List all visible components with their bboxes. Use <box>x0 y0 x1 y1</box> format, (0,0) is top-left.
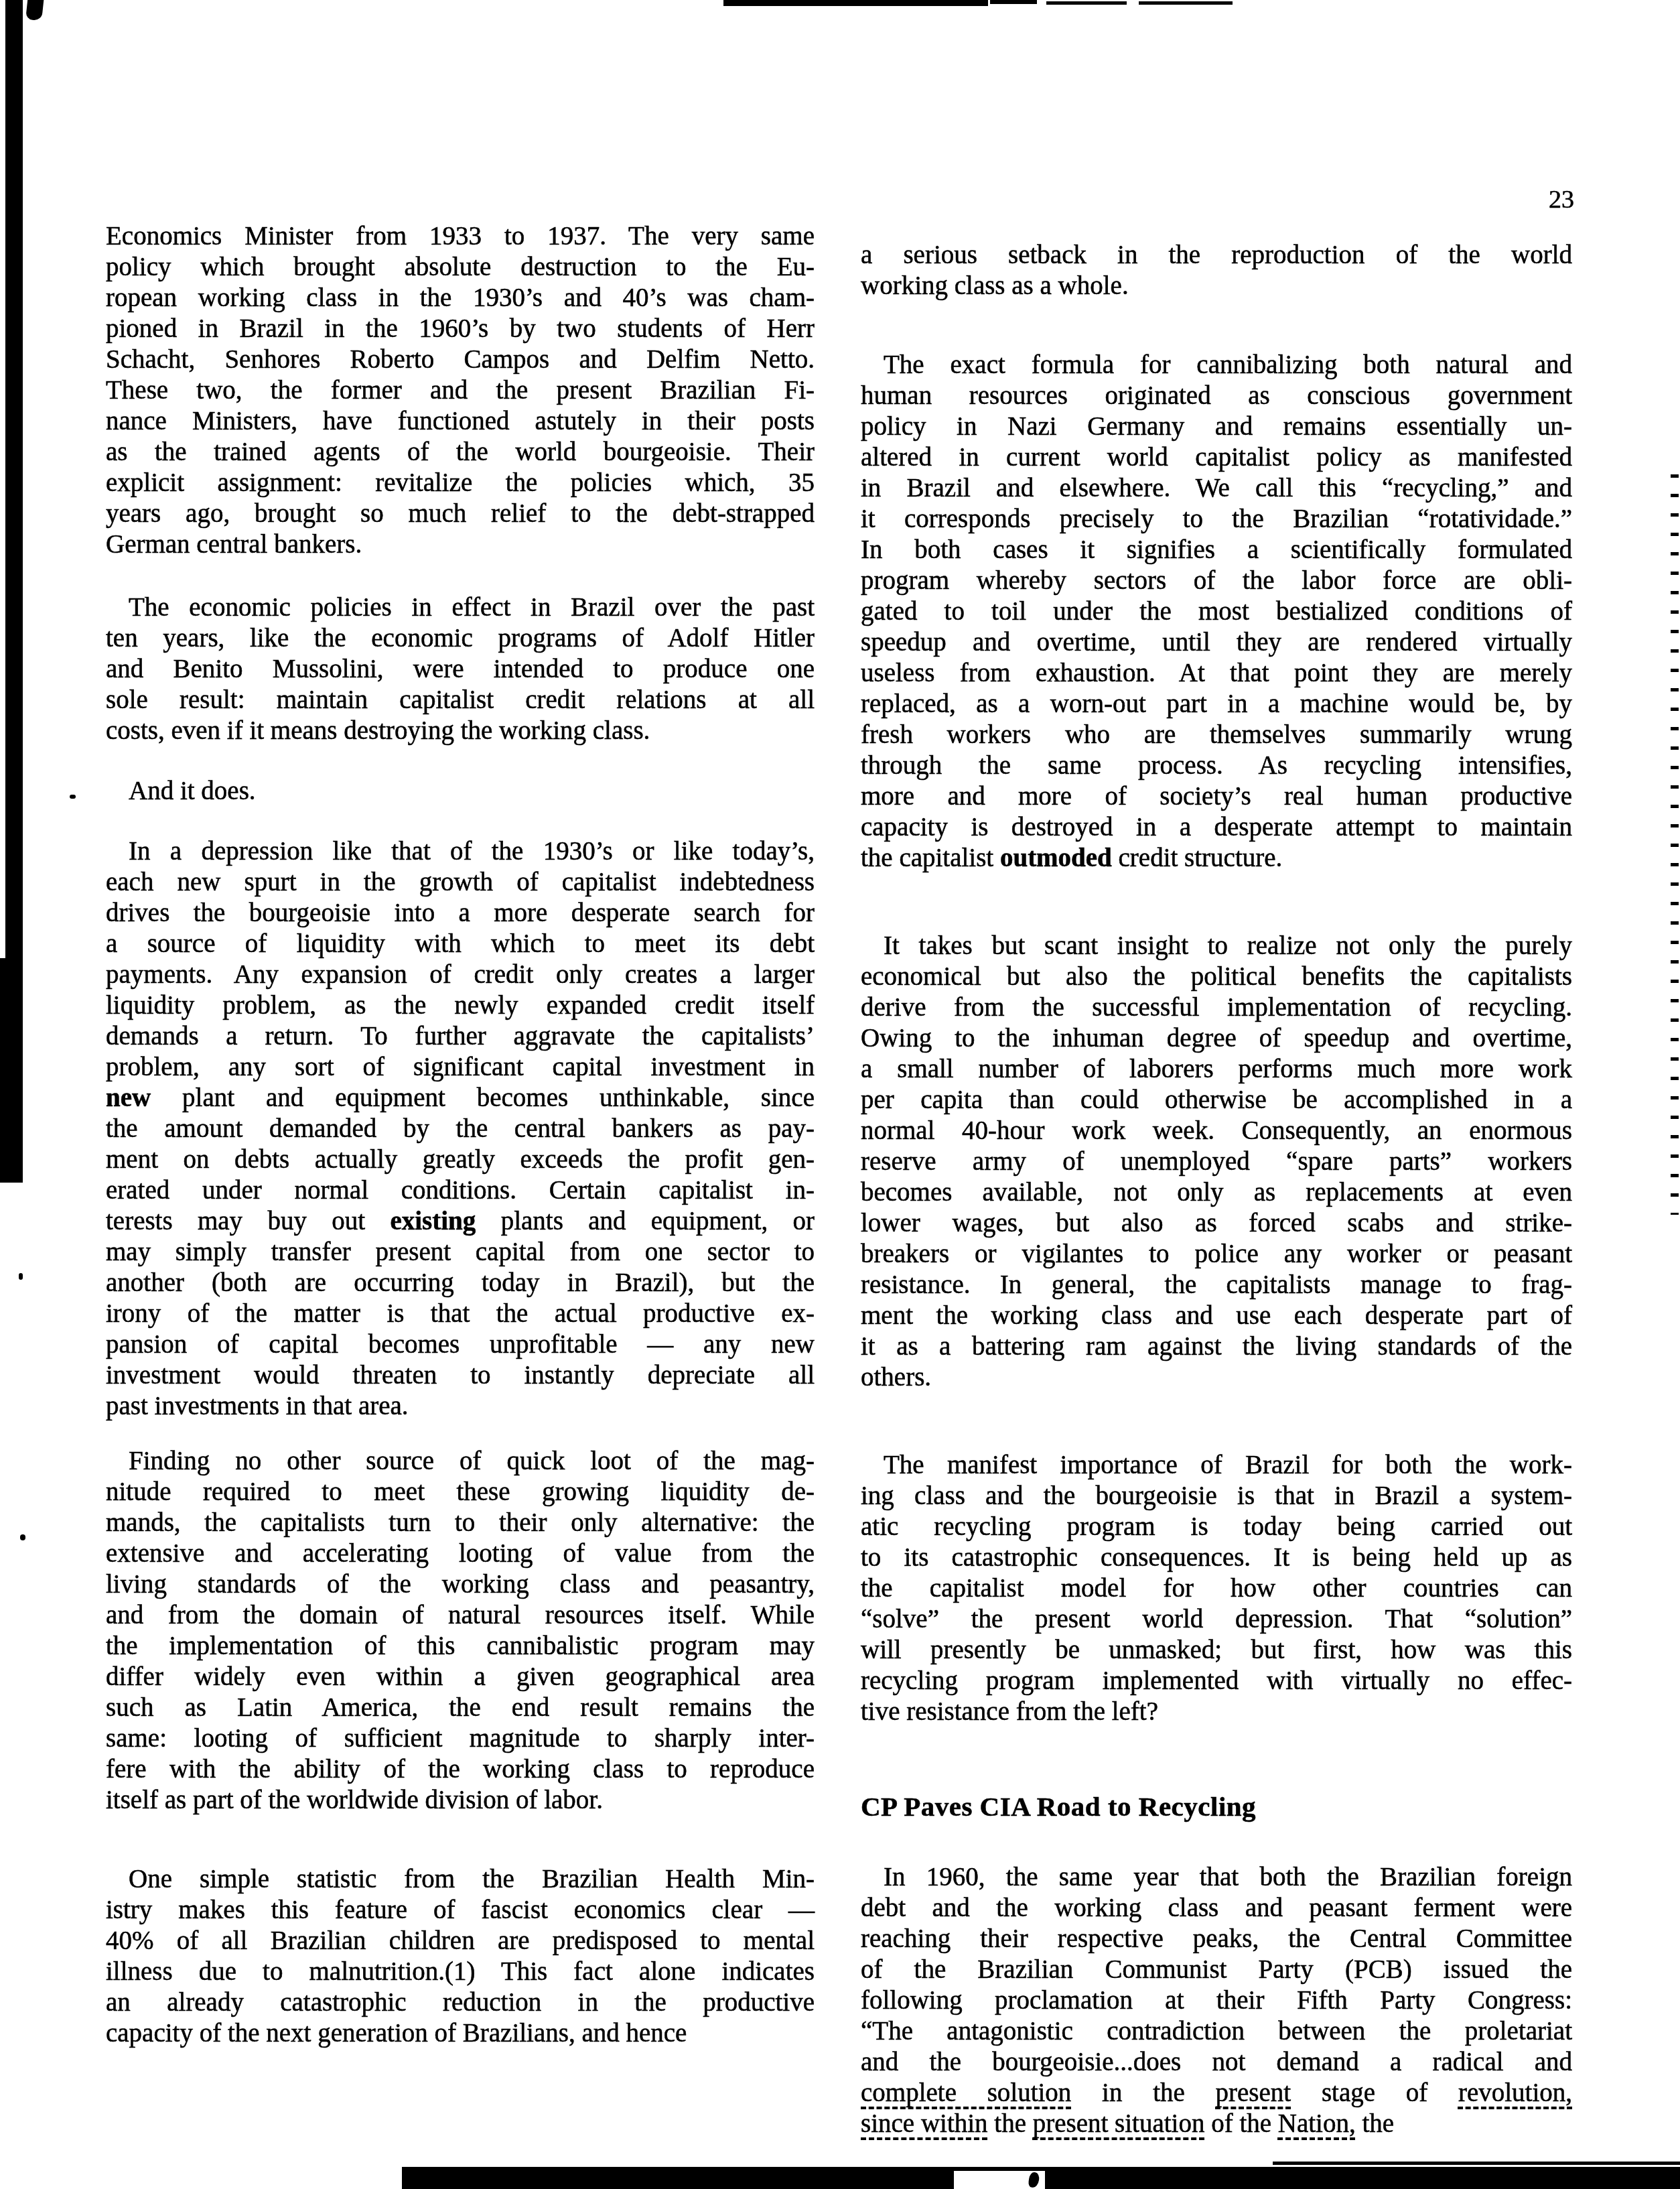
paragraph: The manifest importance of Brazil for bo… <box>861 1450 1572 1727</box>
text-line: following proclamation at their Fifth Pa… <box>861 1985 1572 2016</box>
paragraph: One simple statistic from the Brazilian … <box>106 1864 815 2049</box>
text-line: The exact formula for cannibalizing both… <box>861 350 1572 381</box>
text-line: past investments in that area. <box>106 1391 815 1422</box>
text-line: derive from the successful implementatio… <box>861 992 1572 1023</box>
text-line: a small number of laborers performs much… <box>861 1054 1572 1085</box>
text-segment: stage of <box>1291 2078 1458 2107</box>
text-line: capacity of the next generation of Brazi… <box>106 2018 815 2049</box>
text-line: new plant and equipment becomes unthinka… <box>106 1083 815 1114</box>
text-line: such as Latin America, the end result re… <box>106 1693 815 1723</box>
text-line: another (both are occurring today in Bra… <box>106 1268 815 1299</box>
text-line: The economic policies in effect in Brazi… <box>106 592 815 623</box>
text-line: itself as part of the worldwide division… <box>106 1785 815 1816</box>
text-line: extensive and accelerating looting of va… <box>106 1538 815 1569</box>
text-line: “The antagonistic contradiction between … <box>861 2016 1572 2047</box>
scan-artifact-top-line <box>723 0 988 6</box>
text-line: in Brazil and elsewhere. We call this “r… <box>861 473 1572 504</box>
text-line: recycling program implemented with virtu… <box>861 1666 1572 1697</box>
text-line: illness due to malnutrition.(1) This fac… <box>106 1956 815 1987</box>
text-line: normal 40-hour work week. Consequently, … <box>861 1116 1572 1146</box>
text-segment: plants and equipment, or <box>476 1207 815 1236</box>
text-line: through the same process. As recycling i… <box>861 750 1572 781</box>
text-line: same: looting of sufficient magnitude to… <box>106 1723 815 1754</box>
text-line: living standards of the working class an… <box>106 1569 815 1600</box>
text-segment: complete solution <box>861 2078 1071 2107</box>
text-line: The manifest importance of Brazil for bo… <box>861 1450 1572 1481</box>
text-line: Economics Minister from 1933 to 1937. Th… <box>106 221 815 252</box>
text-line: pioned in Brazil in the 1960’s by two st… <box>106 314 815 344</box>
text-line: fresh workers who are themselves summari… <box>861 720 1572 750</box>
text-line: since within the present situation of th… <box>861 2109 1572 2139</box>
text-segment: plant and equipment becomes unthinkable,… <box>151 1083 815 1112</box>
text-line: economical but also the political benefi… <box>861 961 1572 992</box>
text-line: will presently be unmasked; but first, h… <box>861 1635 1572 1666</box>
scan-artifact-corner-mark <box>25 0 44 21</box>
text-line: investment would threaten to instantly d… <box>106 1360 815 1391</box>
text-line: and from the domain of natural resources… <box>106 1600 815 1631</box>
text-line: working class as a whole. <box>861 271 1572 302</box>
right-column: a serious setback in the reproduction of… <box>861 240 1572 2139</box>
paragraph: And it does. <box>106 776 815 807</box>
text-segment: the <box>1356 2109 1394 2138</box>
text-line: “solve” the present world depression. Th… <box>861 1604 1572 1635</box>
paragraph: Economics Minister from 1933 to 1937. Th… <box>106 221 815 560</box>
text-line: may simply transfer present capital from… <box>106 1237 815 1268</box>
text-line: and Benito Mussolini, were intended to p… <box>106 654 815 685</box>
text-line: It takes but scant insight to realize no… <box>861 931 1572 961</box>
text-segment: present <box>1216 2078 1291 2107</box>
text-segment: in the <box>1071 2078 1215 2107</box>
text-line: costs, even if it means destroying the w… <box>106 716 815 746</box>
scan-artifact-speck <box>20 1534 25 1540</box>
text-segment: credit structure. <box>1112 844 1282 872</box>
text-line: ten years, like the economic programs of… <box>106 623 815 654</box>
text-line: per capita than could otherwise be accom… <box>861 1085 1572 1116</box>
text-line: an already catastrophic reduction in the… <box>106 1987 815 2018</box>
text-line: lower wages, but also as forced scabs an… <box>861 1208 1572 1239</box>
text-line: pansion of capital becomes unprofitable … <box>106 1329 815 1360</box>
text-line: debt and the working class and peasant f… <box>861 1893 1572 1924</box>
text-line: a serious setback in the reproduction of… <box>861 240 1572 271</box>
text-line: capacity is destroyed in a desperate att… <box>861 812 1572 843</box>
paragraph: It takes but scant insight to realize no… <box>861 931 1572 1393</box>
text-line: problem, any sort of significant capital… <box>106 1052 815 1083</box>
text-line: tive resistance from the left? <box>861 1697 1572 1727</box>
scan-artifact-top-line-segment <box>1046 1 1127 5</box>
text-line: reserve army of unemployed “spare parts”… <box>861 1146 1572 1177</box>
text-line: ing class and the bourgeoisie is that in… <box>861 1481 1572 1512</box>
paragraph: The economic policies in effect in Brazi… <box>106 592 815 746</box>
text-line: mands, the capitalists turn to their onl… <box>106 1508 815 1538</box>
text-line: 40% of all Brazilian children are predis… <box>106 1926 815 1956</box>
text-line: policy which brought absolute destructio… <box>106 252 815 283</box>
text-segment: existing <box>390 1207 476 1236</box>
text-line: each new spurt in the growth of capitali… <box>106 867 815 898</box>
page-number: 23 <box>1440 186 1574 213</box>
text-line: In 1960, the same year that both the Bra… <box>861 1862 1572 1893</box>
scan-artifact-speck <box>19 1273 23 1280</box>
text-line: gated to toil under the most bestialized… <box>861 596 1572 627</box>
text-line: payments. Any expansion of credit only c… <box>106 959 815 990</box>
text-line: breakers or vigilantes to police any wor… <box>861 1239 1572 1270</box>
text-line: Schacht, Senhores Roberto Campos and Del… <box>106 344 815 375</box>
paragraph: Finding no other source of quick loot of… <box>106 1446 815 1816</box>
text-line: ment on debts actually greatly exceeds t… <box>106 1144 815 1175</box>
text-line: nitude required to meet these growing li… <box>106 1477 815 1508</box>
text-line: more and more of society’s real human pr… <box>861 781 1572 812</box>
text-line: CP Paves CIA Road to Recycling <box>861 1791 1572 1822</box>
text-line: drives the bourgeoisie into a more despe… <box>106 898 815 929</box>
scan-artifact-right-edge-dashes <box>1671 474 1679 1215</box>
text-line: altered in current world capitalist poli… <box>861 442 1572 473</box>
text-line: And it does. <box>106 776 815 807</box>
text-segment: the <box>988 2109 1033 2138</box>
text-line: of the Brazilian Communist Party (PCB) i… <box>861 1954 1572 1985</box>
text-segment: Nation, <box>1278 2109 1356 2138</box>
scanned-document-page: 23 Economics Minister from 1933 to 1937.… <box>0 0 1680 2189</box>
text-line: Finding no other source of quick loot of… <box>106 1446 815 1477</box>
text-line: useless from exhaustion. At that point t… <box>861 658 1572 689</box>
text-line: others. <box>861 1362 1572 1393</box>
text-line: becomes available, not only as replaceme… <box>861 1177 1572 1208</box>
text-line: it as a battering ram against the living… <box>861 1331 1572 1362</box>
text-line: atic recycling program is today being ca… <box>861 1512 1572 1542</box>
paragraph: The exact formula for cannibalizing both… <box>861 350 1572 874</box>
text-line: istry makes this feature of fascist econ… <box>106 1895 815 1926</box>
text-line: sole result: maintain capitalist credit … <box>106 685 815 716</box>
text-line: years ago, brought so much relief to the… <box>106 499 815 529</box>
text-line: German central bankers. <box>106 529 815 560</box>
text-line: it corresponds precisely to the Brazilia… <box>861 504 1572 535</box>
left-column: Economics Minister from 1933 to 1937. Th… <box>106 221 815 2049</box>
text-line: the capitalist model for how other count… <box>861 1573 1572 1604</box>
text-line: ropean working class in the 1930’s and 4… <box>106 283 815 314</box>
scan-artifact-bottom-streak <box>1273 2162 1680 2165</box>
text-line: to its catastrophic consequences. It is … <box>861 1542 1572 1573</box>
text-line: resistance. In general, the capitalists … <box>861 1270 1572 1301</box>
text-line: and the bourgeoisie...does not demand a … <box>861 2047 1572 2078</box>
text-line: These two, the former and the present Br… <box>106 375 815 406</box>
text-segment: new <box>106 1083 151 1112</box>
text-line: the implementation of this cannibalistic… <box>106 1631 815 1662</box>
text-line: a source of liquidity with which to meet… <box>106 929 815 959</box>
text-line: In both cases it signifies a scientifica… <box>861 535 1572 566</box>
paragraph: a serious setback in the reproduction of… <box>861 240 1572 302</box>
text-line: ment the working class and use each desp… <box>861 1301 1572 1331</box>
text-line: In a depression like that of the 1930’s … <box>106 836 815 867</box>
text-segment: outmoded <box>1000 844 1112 872</box>
text-segment: revolution, <box>1458 2078 1572 2107</box>
text-line: speedup and overtime, until they are ren… <box>861 627 1572 658</box>
text-line: policy in Nazi Germany and remains essen… <box>861 411 1572 442</box>
text-segment: terests may buy out <box>106 1207 390 1236</box>
text-line: differ widely even within a given geogra… <box>106 1662 815 1693</box>
text-line: liquidity problem, as the newly expanded… <box>106 990 815 1021</box>
scan-artifact-top-line-segment <box>990 0 1037 4</box>
text-line: human resources originated as conscious … <box>861 381 1572 411</box>
scan-artifact-top-line-segment <box>1139 1 1233 5</box>
text-line: demands a return. To further aggravate t… <box>106 1021 815 1052</box>
text-line: terests may buy out existing plants and … <box>106 1206 815 1237</box>
paragraph: In a depression like that of the 1930’s … <box>106 836 815 1422</box>
text-segment: since within <box>861 2109 988 2138</box>
text-segment: of the <box>1204 2109 1277 2138</box>
text-line: reaching their respective peaks, the Cen… <box>861 1924 1572 1954</box>
text-line: One simple statistic from the Brazilian … <box>106 1864 815 1895</box>
text-line: erated under normal conditions. Certain … <box>106 1175 815 1206</box>
text-line: the amount demanded by the central banke… <box>106 1114 815 1144</box>
text-line: irony of the matter is that the actual p… <box>106 1299 815 1329</box>
text-segment: present situation <box>1033 2109 1205 2138</box>
text-line: fere with the ability of the working cla… <box>106 1754 815 1785</box>
text-line: Owing to the inhuman degree of speedup a… <box>861 1023 1572 1054</box>
text-line: the capitalist outmoded credit structure… <box>861 843 1572 874</box>
text-line: nance Ministers, have functioned astutel… <box>106 406 815 437</box>
text-line: replaced, as a worn-out part in a machin… <box>861 689 1572 720</box>
text-segment: the capitalist <box>861 844 1000 872</box>
scan-artifact-speck <box>70 795 76 799</box>
text-line: complete solution in the present stage o… <box>861 2078 1572 2109</box>
paragraph: In 1960, the same year that both the Bra… <box>861 1862 1572 2139</box>
text-line: explicit assignment: revitalize the poli… <box>106 468 815 499</box>
scan-artifact-left-bar-wide <box>0 958 9 1183</box>
section-heading: CP Paves CIA Road to Recycling <box>861 1791 1572 1822</box>
text-line: as the trained agents of the world bourg… <box>106 437 815 468</box>
text-line: program whereby sectors of the labor for… <box>861 566 1572 596</box>
